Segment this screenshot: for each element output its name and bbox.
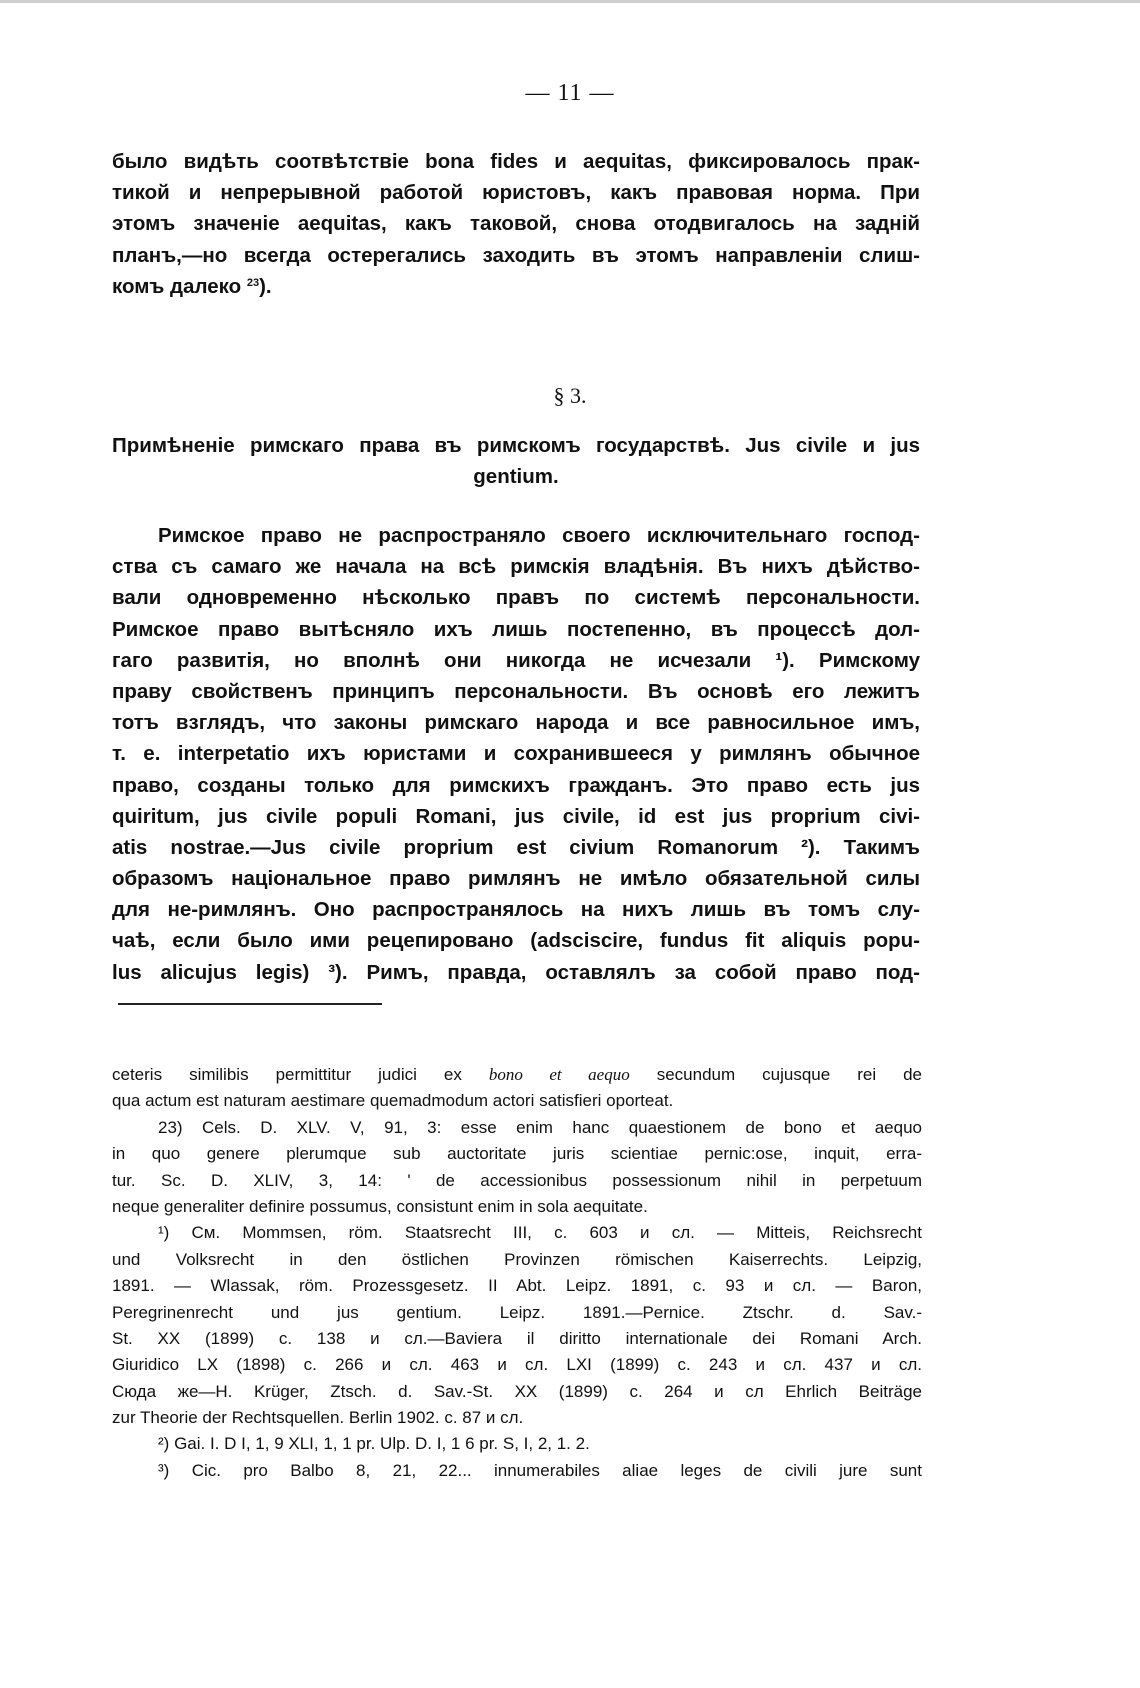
italic-phrase: bono et aequo bbox=[489, 1065, 630, 1084]
heading-line: Примѣненіе римскаго права въ римскомъ го… bbox=[112, 430, 920, 461]
text-line: этомъ значеніе aequitas, какъ таковой, с… bbox=[112, 208, 920, 239]
text-line: Римское право вытѣсняло ихъ лишь постепе… bbox=[112, 614, 920, 645]
footnote-marker: ¹) bbox=[158, 1223, 169, 1242]
footnote-line: und Volksrecht in den östlichen Provinze… bbox=[112, 1247, 922, 1273]
footnote-23: 23) Cels. D. XLV. V, 91, 3: esse enim ha… bbox=[112, 1115, 922, 1221]
text-line: Римское право не распространяло своего и… bbox=[112, 520, 920, 551]
text-line: atis nostrae.—Jus civile proprium est ci… bbox=[112, 832, 920, 863]
text-line: право, созданы только для римскихъ гражд… bbox=[112, 770, 920, 801]
footnote-line: tur. Sc. D. XLIV, 3, 14: ' de accessioni… bbox=[112, 1168, 922, 1194]
continuation-paragraph: было видѣть соотвѣтствіе bona fides и ae… bbox=[112, 146, 920, 302]
text-line: чаѣ, если было ими рецепировано (adscisc… bbox=[112, 925, 920, 956]
footnote-marker: 23) bbox=[158, 1118, 183, 1137]
text-fragment: Cic. pro Balbo 8, 21, 22... innumerabile… bbox=[192, 1461, 922, 1480]
text-fragment: ceteris similibis permittitur judici ex bbox=[112, 1065, 489, 1084]
footnote-ref[interactable]: 23 bbox=[247, 277, 259, 289]
page-edge bbox=[0, 0, 1140, 3]
footnote-1: ¹) См. Mommsen, röm. Staatsrecht III, с.… bbox=[112, 1220, 922, 1431]
text-line: было видѣть соотвѣтствіе bona fides и ae… bbox=[112, 146, 920, 177]
footnote-line: St. XX (1899) с. 138 и сл.—Baviera il di… bbox=[112, 1326, 922, 1352]
text-fragment: Cels. D. XLV. V, 91, 3: esse enim hanc q… bbox=[202, 1118, 922, 1137]
footnotes: ceteris similibis permittitur judici ex … bbox=[112, 1062, 922, 1484]
page-number: — 11 — bbox=[0, 80, 1140, 107]
text-line: вали одновременно нѣсколько правъ по сис… bbox=[112, 582, 920, 613]
text-fragment: Gai. I. D I, 1, 9 XLI, 1, 1 pr. Ulp. D. … bbox=[174, 1434, 590, 1453]
text-line: гаго развитія, но вполнѣ они никогда не … bbox=[112, 645, 920, 676]
text-line: для не-римлянъ. Оно распространялось на … bbox=[112, 894, 920, 925]
text-fragment: secundum cujusque rei de bbox=[630, 1065, 922, 1084]
footnote-line: Peregrinenrecht und jus gentium. Leipz. … bbox=[112, 1300, 922, 1326]
text-line: lus alicujus legis) ³). Римъ, правда, ос… bbox=[112, 957, 920, 988]
text-line: quiritum, jus civile populi Romani, jus … bbox=[112, 801, 920, 832]
footnote-continuation-line: qua actum est naturam aestimare quemadmo… bbox=[112, 1088, 922, 1114]
section-heading: Примѣненіе римскаго права въ римскомъ го… bbox=[112, 430, 920, 492]
text-fragment: См. Mommsen, röm. Staatsrecht III, с. 60… bbox=[192, 1223, 922, 1242]
text-line: тикой и непрерывной работой юристовъ, ка… bbox=[112, 177, 920, 208]
text-line: образомъ національное право римлянъ не и… bbox=[112, 863, 920, 894]
footnote-line: 1891. — Wlassak, röm. Prozessgesetz. II … bbox=[112, 1273, 922, 1299]
footnote-continuation-line: ceteris similibis permittitur judici ex … bbox=[112, 1062, 922, 1088]
footnote-divider bbox=[118, 1003, 382, 1005]
footnote-line: neque generaliter definire possumus, con… bbox=[112, 1194, 922, 1220]
text-line: ства съ самаго же начала на всѣ римскія … bbox=[112, 551, 920, 582]
text-line: комъ далеко 23). bbox=[112, 271, 920, 302]
main-paragraph: Римское право не распространяло своего и… bbox=[112, 520, 920, 988]
footnote-line: Сюда же—H. Krüger, Ztsch. d. Sav.-St. XX… bbox=[112, 1379, 922, 1405]
footnote-line: 23) Cels. D. XLV. V, 91, 3: esse enim ha… bbox=[112, 1115, 922, 1141]
text-line: т. е. interpetatio ихъ юристами и сохран… bbox=[112, 738, 920, 769]
footnote-line: ¹) См. Mommsen, röm. Staatsrecht III, с.… bbox=[112, 1220, 922, 1246]
text-line: тотъ взглядъ, что законы римскаго народа… bbox=[112, 707, 920, 738]
footnote-line: ³) Cic. pro Balbo 8, 21, 22... innumerab… bbox=[112, 1458, 922, 1484]
section-number: § 3. bbox=[0, 383, 1140, 409]
text-fragment: комъ далеко bbox=[112, 275, 241, 298]
text-line: планъ,—но всегда остерегались заходить в… bbox=[112, 240, 920, 271]
footnote-3: ³) Cic. pro Balbo 8, 21, 22... innumerab… bbox=[112, 1458, 922, 1484]
footnote-line: ²) Gai. I. D I, 1, 9 XLI, 1, 1 pr. Ulp. … bbox=[112, 1431, 922, 1457]
text-fragment: ). bbox=[259, 275, 272, 298]
footnote-marker: ²) bbox=[158, 1434, 169, 1453]
footnote-2: ²) Gai. I. D I, 1, 9 XLI, 1, 1 pr. Ulp. … bbox=[112, 1431, 922, 1457]
footnote-line: zur Theorie der Rechtsquellen. Berlin 19… bbox=[112, 1405, 922, 1431]
footnote-line: Giuridico LX (1898) с. 266 и сл. 463 и с… bbox=[112, 1352, 922, 1378]
heading-line: gentium. bbox=[112, 461, 920, 492]
footnote-line: in quo genere plerumque sub auctoritate … bbox=[112, 1141, 922, 1167]
text-line: праву свойственъ принципъ персональности… bbox=[112, 676, 920, 707]
footnote-marker: ³) bbox=[158, 1461, 169, 1480]
